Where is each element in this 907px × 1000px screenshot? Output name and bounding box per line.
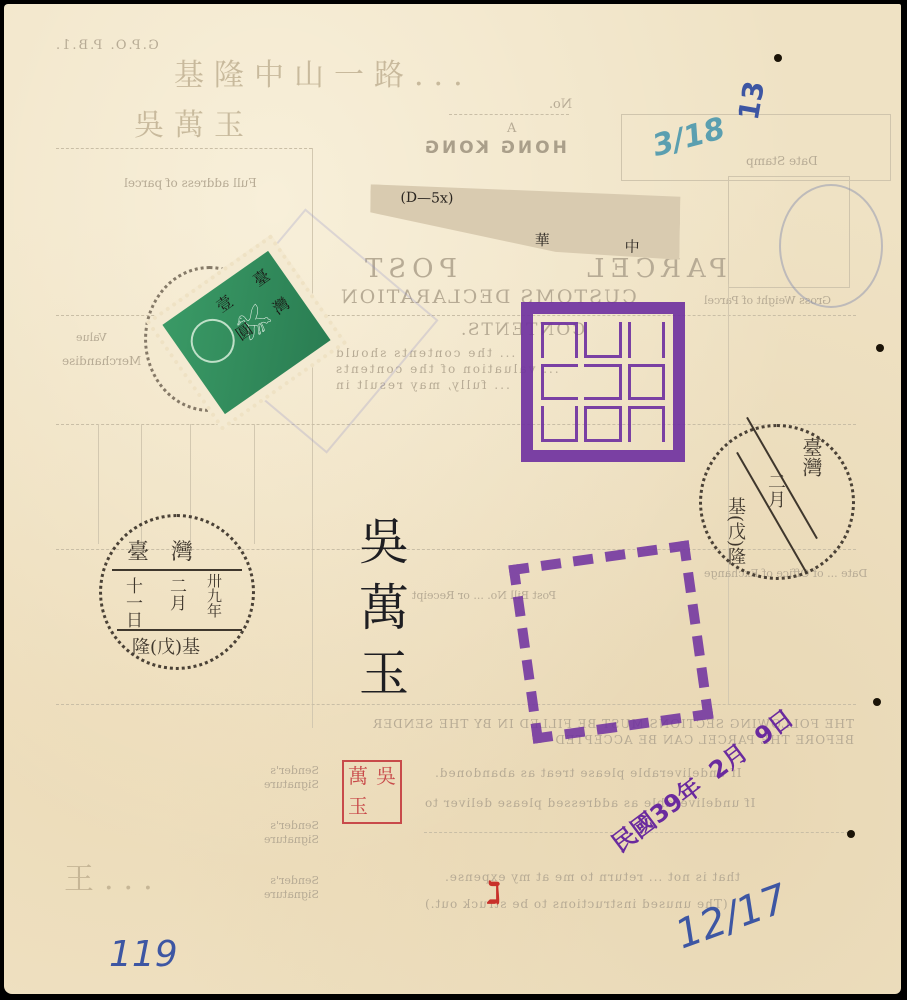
label-slip: (D—5x) 華 中: [369, 184, 680, 259]
label-slip-char-2: 中: [624, 236, 639, 257]
seal-char-2: 吳: [372, 762, 400, 792]
place-heading: HONG KONG: [422, 138, 567, 158]
number-line: [449, 114, 569, 115]
label-slip-code: (D—5x): [400, 190, 453, 207]
seal-glyph-grid: [541, 322, 665, 442]
signature-char-1: 吳: [354, 509, 414, 575]
punch-hole-4: [847, 830, 855, 838]
red-name-seal: 萬 吳 玉: [342, 760, 402, 824]
address-line: [56, 148, 312, 149]
seal-char-1: 萬: [344, 762, 372, 792]
table-bottom-line: [56, 704, 856, 705]
full-address-label: Full address of parcel: [124, 176, 257, 190]
seal-char-4: [372, 792, 400, 822]
signature-char-2: 萬: [354, 575, 414, 641]
punch-hole-2: [876, 344, 884, 352]
keelung-postmark-right: 臺灣 二月 基(戊)隆: [699, 424, 855, 580]
seal-char-3: 玉: [344, 792, 372, 822]
label-slip-char-1: 華: [535, 229, 550, 250]
value-label: Value: [76, 331, 107, 344]
pencil-address-line-1: 基隆中山一路...: [174, 50, 473, 94]
postmark-left-bottom: 基(戊)隆: [132, 633, 200, 659]
punch-hole-1: [774, 54, 782, 62]
hong-kong-parcel-postmark: [779, 184, 883, 308]
blue-fraction-bottom-right: 12/17: [670, 876, 794, 959]
parcel-declaration-form: G.P.O. P.B.1. No. A HONG KONG PARCEL POS…: [4, 4, 901, 994]
signature-label-2: Sender's Signature: [259, 819, 319, 847]
table-col-1: [98, 424, 99, 544]
signature-label-1: Sender's Signature: [259, 764, 319, 792]
postmark-left-date-2: 二月: [164, 577, 189, 611]
postmark-right-top: 臺灣: [797, 437, 826, 477]
postmark-left-top: 臺灣: [127, 535, 215, 566]
purple-square-seal-upper: [521, 302, 685, 462]
form-code: G.P.O. P.B.1.: [54, 38, 159, 53]
keelung-postmark-left: 臺灣 十一日 二月 卅九年 基(戊)隆: [99, 514, 255, 670]
article-label: A: [507, 121, 516, 136]
signature-char-3: 玉: [354, 641, 414, 707]
merchandise-label: Merchandise: [62, 354, 141, 368]
punch-hole-3: [873, 698, 881, 706]
pencil-bottom-left: 王...: [64, 854, 163, 898]
date-stamp-label: Date Stamp: [746, 154, 818, 168]
sender-footnote: (The unused instructions to be struck ou…: [424, 897, 728, 911]
blue-number-top: 13: [732, 78, 771, 122]
red-pencil-mark: ℷ: [487, 876, 501, 911]
postmark-left-date-3: 十一日: [120, 577, 145, 628]
table-mid-line: [56, 424, 856, 425]
postmark-right-date: 二月: [762, 472, 788, 508]
handwritten-signature: 吳 萬 玉: [354, 509, 414, 707]
postmark-left-date-1: 卅九年: [204, 573, 225, 618]
postmark-right-bottom: 基(戊)隆: [722, 497, 748, 565]
pencil-address-line-2: 吳萬玉: [134, 100, 254, 144]
blue-number-bottom-left: 119: [109, 934, 178, 975]
sender-option-2: If undeliverable as addressed please del…: [424, 796, 755, 810]
purple-square-seal-lower: [508, 540, 713, 744]
signature-label-3: Sender's Signature: [259, 874, 319, 902]
stamp-overprint-2: 灣: [267, 291, 293, 319]
number-label: No.: [549, 97, 572, 112]
table-col-4: [254, 424, 255, 544]
stamp-overprint-1: 臺: [248, 263, 274, 291]
